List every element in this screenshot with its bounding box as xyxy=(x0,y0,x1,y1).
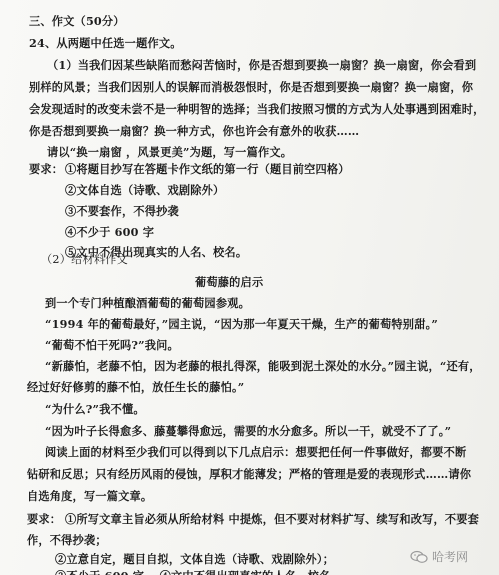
prompt2-requirement: 作，不得抄袭； xyxy=(27,533,107,547)
prompt2-title: 葡萄藤的启示 xyxy=(195,275,263,289)
material-line: 到一个专门种植酿酒葡萄的葡萄园参观。 xyxy=(45,296,250,310)
prompt2-requirements-label: 要求： xyxy=(27,512,61,526)
prompt1-line: 别样的风景；当我们因别人的误解而消极怨恨时，你是否想到要换一扇窗？换一扇窗，你 xyxy=(29,80,473,94)
prompt1-requirement: ①将题目抄写在答题卡作文纸的第一行（题目前空四格） xyxy=(65,162,350,176)
section-header: 三、作文（50分） xyxy=(29,14,125,28)
prompt2-requirement: ①所写文章主旨必须从所给材料 中提炼，但不要对材料扩写、续写和改写，不要套 xyxy=(65,512,479,526)
prompt1-requirement: ②文体自选（诗歌、戏剧除外） xyxy=(65,183,224,197)
reflection-line: 钻研和反思；只有经历风雨的侵蚀，厚积才能薄发；严格的管理是爱的表现形式……请你 xyxy=(27,467,471,481)
material-line: “1994 年的葡萄最好，”园主说，“因为那一年夏天干燥，生产的葡萄特别甜。” xyxy=(45,317,438,331)
watermark: 哈考网 xyxy=(410,548,468,565)
prompt1-line: 会发现适时的改变未尝不是一种明智的选择；当我们按照习惯的方式为人处事遇到困难时， xyxy=(29,102,485,116)
exam-page: 三、作文（50分） 24、从两题中任选一题作文。 （1）当我们因某些缺陷而愁闷苦… xyxy=(0,0,499,575)
prompt1-instruction: 请以“换一扇窗 ，风景更美”为题，写一篇作文。 xyxy=(47,145,292,159)
prompt1-requirement: ④不少于 600 字 xyxy=(65,225,154,239)
material-line: “为什么?”我不懂。 xyxy=(45,402,145,416)
material-line: “新藤怕，老藤不怕，因为老藤的根扎得深，能吸到泥土深处的水分。”园主说，“还有， xyxy=(45,359,481,373)
prompt1-requirement: ③不要套作，不得抄袭 xyxy=(65,204,179,218)
material-line: “葡萄不怕干死吗?”我问。 xyxy=(45,338,179,352)
prompt1-line: 你是否想到要换一扇窗？换一种方式，你也许会有意外的收获…… xyxy=(29,124,359,138)
question-title: 24、从两题中任选一题作文。 xyxy=(29,36,182,50)
material-line: “因为叶子长得愈多、藤蔓攀得愈远，需要的水分愈多。所以一干，就受不了了。” xyxy=(45,424,451,438)
prompt2-heading: （2）给材料作文 xyxy=(41,253,128,267)
reflection-line: 自选角度，写一篇文章。 xyxy=(27,489,152,503)
reflection-line: 阅读上面的材料至少我们可以得到以下几点启示：想要把任何一件事做好，都要不断 xyxy=(45,445,466,459)
prompt2-requirement: ③不少于 600 字 ④文中不得出现真实的人名、校名。 xyxy=(55,569,342,575)
prompt1-requirements-label: 要求： xyxy=(29,162,63,176)
prompt1-line: （1）当我们因某些缺陷而愁闷苦恼时，你是否想到要换一扇窗？换一扇窗，你会看到 xyxy=(47,58,476,72)
watermark-text: 哈考网 xyxy=(432,548,468,565)
material-line: 经过好好修剪的藤不怕，放任生长的藤怕。” xyxy=(27,380,244,394)
prompt2-requirement: ②立意自定，题目自拟，文体自选（诗歌、戏剧除外）； xyxy=(55,552,334,566)
wechat-icon xyxy=(410,550,428,564)
